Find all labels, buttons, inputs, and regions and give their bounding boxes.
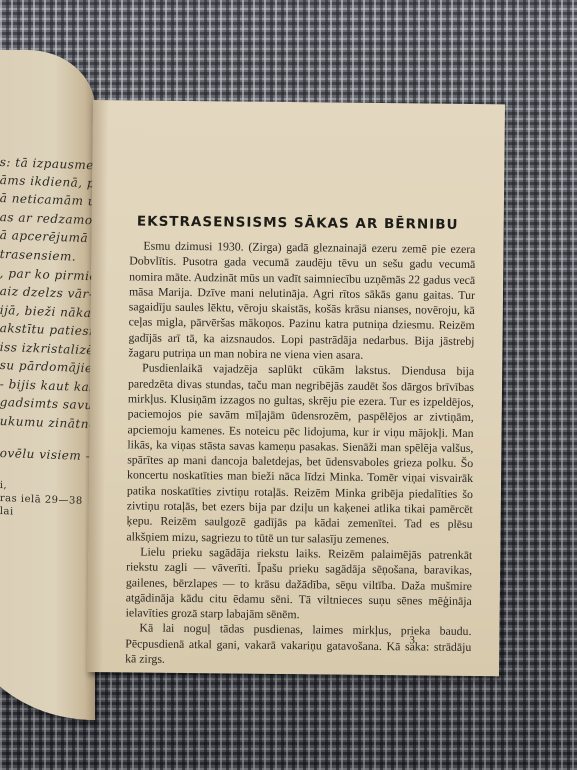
right-page: EKSTRASENSISMS SĀKAS AR BĒRNIBU Esmu dzi… <box>87 100 505 676</box>
left-page: s: tā izpausmes,āms ikdienā, parā netica… <box>0 50 95 720</box>
left-page-text-fragment: i, <box>0 480 7 491</box>
left-page-text-fragment: - bijis kaut kas <box>0 377 95 394</box>
page-number: 3 <box>409 634 415 646</box>
left-page-text-fragment: lai <box>0 506 14 517</box>
left-page-text-fragment: āms ikdienā, par <box>0 173 95 191</box>
left-page-text-fragment: aiz dzelzs vār- <box>0 284 94 301</box>
left-page-text-fragment: trasensiem. <box>0 247 76 264</box>
left-page-text-fragment: gadsimts savu <box>0 395 93 412</box>
left-page-text-fragment: ā neticamām un <box>0 191 95 209</box>
paragraph: Pusdienlaikā vajadzēja saplūkt cūkām lak… <box>126 361 474 548</box>
left-page-text-fragment: iss izkristalizē- <box>0 340 95 357</box>
left-page-text-fragment: s: tā izpausmes, <box>0 155 95 173</box>
paragraph: Esmu dzimusi 1930. (Zirga) gadā gleznain… <box>128 238 475 364</box>
chapter-title: EKSTRASENSISMS SĀKAS AR BĒRNIBU <box>92 213 504 233</box>
paragraph: Lielu prieku sagādāja riekstu laiks. Rei… <box>126 544 473 624</box>
left-page-text-fragment: , par ko pirmie <box>0 266 95 283</box>
left-page-text-fragment: ras ielā 29—38 <box>0 493 83 507</box>
left-page-text-fragment: su pārdomājiet <box>0 358 95 375</box>
left-page-text-fragment: ijā, bieži nākas <box>0 303 95 320</box>
left-page-text-fragment: as ar redzamo. <box>0 210 95 227</box>
left-page-text-fragment: ovēlu visiem — <box>0 446 95 463</box>
left-page-text-fragment: ukumu zinātnē <box>0 414 95 431</box>
left-page-text-fragment: ā apcerējumā ir <box>0 228 95 246</box>
paragraph: Kā lai noguļ tādas pusdienas, laimes mir… <box>125 621 471 671</box>
chapter-body: Esmu dzimusi 1930. (Zirga) gadā gleznain… <box>125 238 475 670</box>
left-page-text-fragment: akstītu patiesi- <box>0 321 95 338</box>
